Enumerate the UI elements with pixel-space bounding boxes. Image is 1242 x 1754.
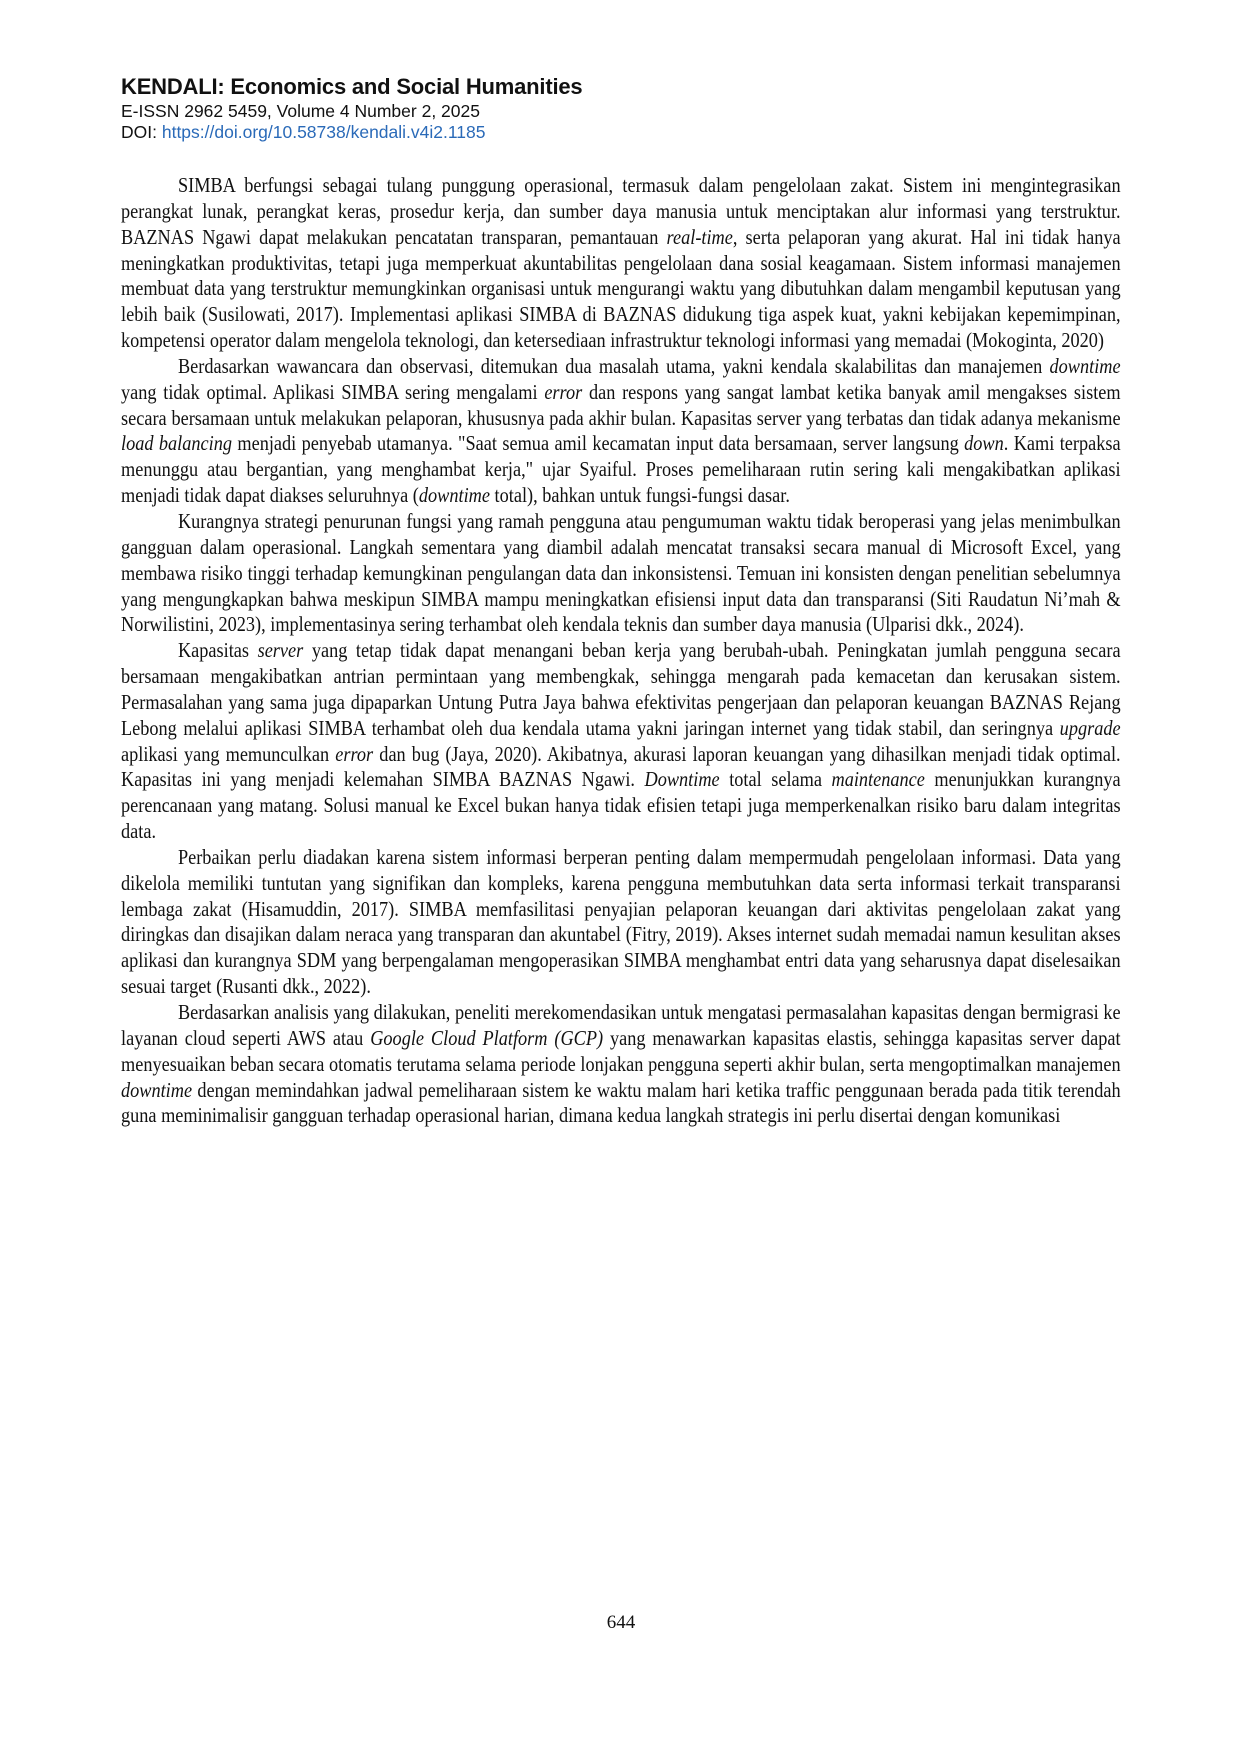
text-run: Berdasarkan wawancara dan observasi, dit…	[178, 354, 1050, 378]
text-run: total selama	[720, 767, 832, 791]
italic-term: down	[964, 431, 1004, 455]
italic-term: upgrade	[1060, 716, 1121, 740]
italic-term: Downtime	[645, 767, 720, 791]
body-paragraph: Berdasarkan wawancara dan observasi, dit…	[121, 354, 1121, 509]
doi-link[interactable]: https://doi.org/10.58738/kendali.v4i2.11…	[162, 122, 486, 142]
italic-term: real-time	[667, 225, 733, 249]
italic-term: maintenance	[832, 767, 925, 791]
text-run: Perbaikan perlu diadakan karena sistem i…	[121, 845, 1121, 998]
text-run: Kurangnya strategi penurunan fungsi yang…	[121, 509, 1121, 636]
text-run: Kapasitas	[178, 638, 258, 662]
journal-header: KENDALI: Economics and Social Humanities…	[121, 73, 582, 143]
doi-line: DOI: https://doi.org/10.58738/kendali.v4…	[121, 122, 582, 143]
italic-term: downtime	[1050, 354, 1121, 378]
journal-title: KENDALI: Economics and Social Humanities	[121, 73, 582, 101]
article-body: SIMBA berfungsi sebagai tulang punggung …	[121, 173, 1121, 1129]
text-run: dengan memindahkan jadwal pemeliharaan s…	[121, 1078, 1121, 1128]
text-run: yang tidak optimal. Aplikasi SIMBA serin…	[121, 380, 544, 404]
body-paragraph: Berdasarkan analisis yang dilakukan, pen…	[121, 1000, 1121, 1129]
italic-term: error	[544, 380, 582, 404]
doi-label: DOI:	[121, 122, 162, 142]
text-run: menjadi penyebab utamanya. "Saat semua a…	[232, 431, 964, 455]
italic-term: downtime	[121, 1078, 192, 1102]
italic-term: error	[335, 742, 373, 766]
text-run: total), bahkan untuk fungsi-fungsi dasar…	[490, 483, 790, 507]
italic-term: load balancing	[121, 431, 232, 455]
italic-term: downtime	[419, 483, 490, 507]
article-body-inner: SIMBA berfungsi sebagai tulang punggung …	[121, 173, 1121, 1129]
text-run: aplikasi yang memunculkan	[121, 742, 335, 766]
body-paragraph: Kurangnya strategi penurunan fungsi yang…	[121, 509, 1121, 638]
page-number: 644	[0, 1612, 1242, 1634]
italic-term: server	[258, 638, 304, 662]
issn-volume-line: E-ISSN 2962 5459, Volume 4 Number 2, 202…	[121, 101, 582, 122]
body-paragraph: SIMBA berfungsi sebagai tulang punggung …	[121, 173, 1121, 354]
body-paragraph: Kapasitas server yang tetap tidak dapat …	[121, 638, 1121, 845]
italic-term: Google Cloud Platform (GCP)	[370, 1026, 603, 1050]
body-paragraph: Perbaikan perlu diadakan karena sistem i…	[121, 845, 1121, 1000]
